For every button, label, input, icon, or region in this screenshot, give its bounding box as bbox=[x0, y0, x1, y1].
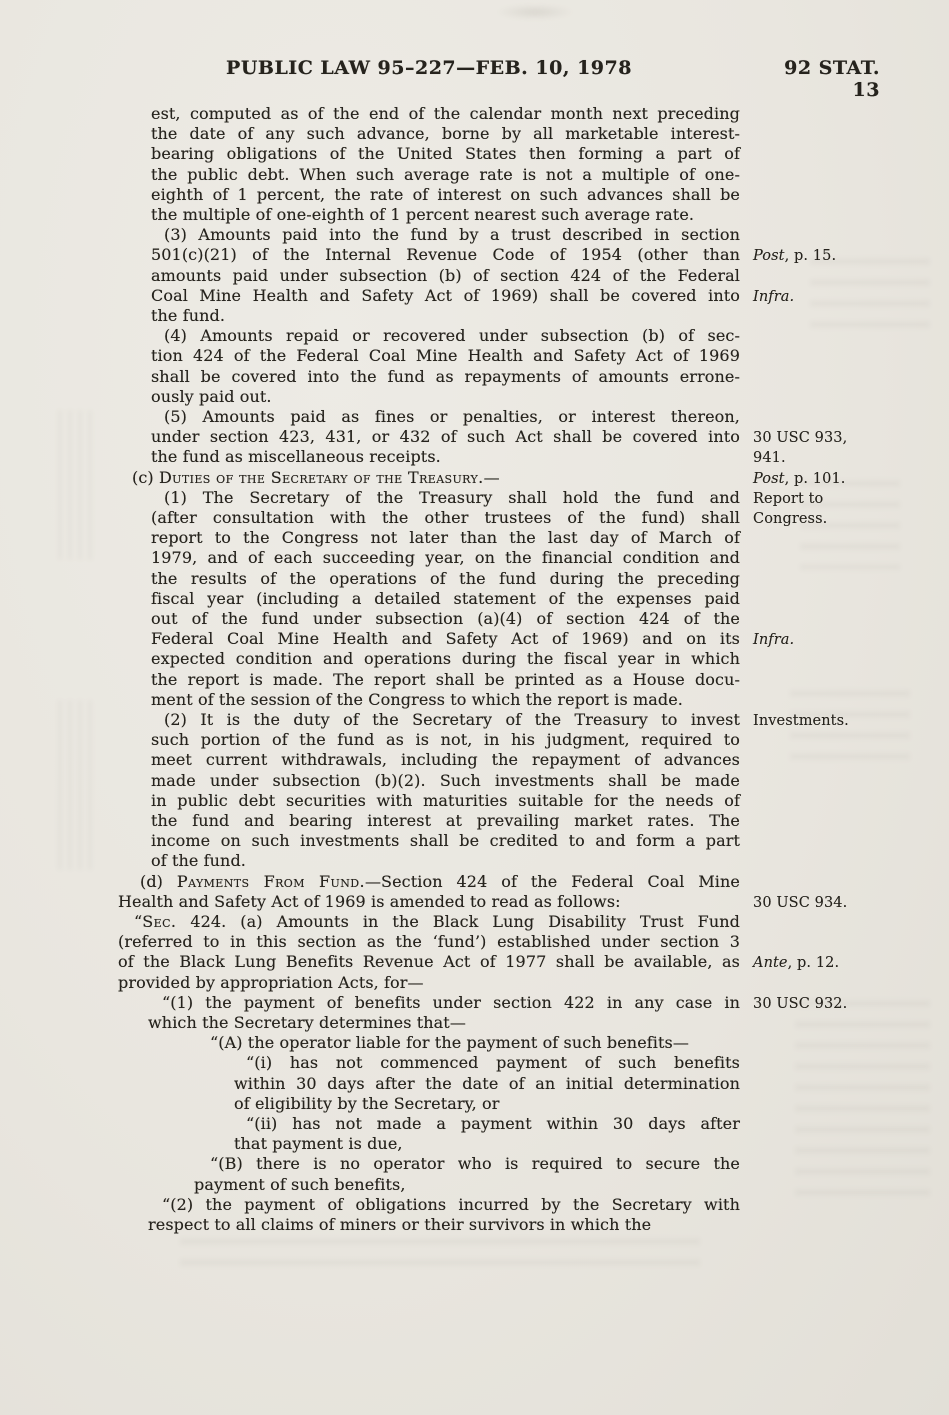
statute-text-column: est, computed as of the end of the calen… bbox=[118, 104, 930, 1244]
text-line: (d) Payments From Fund.—Section 424 of t… bbox=[118, 872, 740, 893]
text-line-content: (after consultation with the other trust… bbox=[151, 508, 740, 528]
text-line: Health and Safety Act of 1969 is amended… bbox=[118, 892, 740, 913]
italic-text: Ante bbox=[753, 955, 788, 971]
margin-note: 30 USC 932. bbox=[753, 994, 925, 1014]
text-segment: the fund as miscellaneous receipts. bbox=[151, 447, 441, 466]
text-segment: — bbox=[484, 468, 500, 487]
text-line: payment of such benefits, bbox=[118, 1175, 740, 1196]
text-line-content: bearing obligations of the United States… bbox=[151, 144, 740, 164]
margin-note: Report to bbox=[753, 489, 925, 509]
text-line-content: amounts paid under subsection (b) of sec… bbox=[151, 266, 740, 286]
text-line: that payment is due, bbox=[118, 1134, 740, 1155]
page-header-stat-number: 92 STAT. 13 bbox=[750, 57, 880, 101]
text-segment: of eligibility by the Secretary, or bbox=[234, 1094, 500, 1113]
text-line-content: Federal Coal Mine Health and Safety Act … bbox=[151, 629, 740, 649]
text-line-content: the report is made. The report shall be … bbox=[151, 670, 740, 690]
text-line-content: ment of the session of the Congress to w… bbox=[151, 690, 740, 710]
text-line: provided by appropriation Acts, for— bbox=[118, 973, 740, 994]
text-segment: “(ii) has not made a payment within 30 d… bbox=[246, 1114, 740, 1133]
text-line: the multiple of one-eighth of 1 percent … bbox=[118, 205, 740, 226]
text-segment: est, computed as of the end of the calen… bbox=[151, 104, 740, 123]
margin-note: 941. bbox=[753, 448, 925, 468]
text-line: in public debt securities with maturitie… bbox=[118, 791, 740, 812]
text-line: “(2) the payment of obligations incurred… bbox=[118, 1195, 740, 1216]
italic-text: Post bbox=[753, 248, 785, 264]
text-segment: , p. 101. bbox=[785, 471, 846, 487]
text-line-content: “(2) the payment of obligations incurred… bbox=[162, 1195, 740, 1215]
small-caps-text: Duties of the Secretary of the Treasury. bbox=[159, 468, 484, 487]
small-caps-text: Sec. bbox=[142, 912, 176, 931]
text-line: (referred to in this section as the ‘fun… bbox=[118, 932, 740, 953]
text-line-content: payment of such benefits, bbox=[194, 1175, 740, 1195]
text-segment: respect to all claims of miners or their… bbox=[148, 1215, 651, 1234]
text-line: such portion of the fund as is not, in h… bbox=[118, 730, 740, 751]
text-segment: income on such investments shall be cred… bbox=[151, 831, 740, 850]
text-line-content: (2) It is the duty of the Secretary of t… bbox=[164, 710, 740, 730]
text-line-content: (5) Amounts paid as fines or penalties, … bbox=[164, 407, 740, 427]
text-segment: “(2) the payment of obligations incurred… bbox=[162, 1195, 740, 1214]
text-segment: “(B) there is no operator who is require… bbox=[210, 1154, 740, 1173]
text-segment: “(A) the operator liable for the payment… bbox=[210, 1033, 689, 1052]
text-line-content: “(1) the payment of benefits under secti… bbox=[162, 993, 740, 1013]
text-line: under section 423, 431, or 432 of such A… bbox=[118, 427, 740, 448]
text-segment: , p. 15. bbox=[785, 248, 837, 264]
text-line: report to the Congress not later than th… bbox=[118, 528, 740, 549]
text-segment: 941. bbox=[753, 450, 786, 466]
text-segment: Federal Coal Mine Health and Safety Act … bbox=[151, 629, 740, 648]
text-line-content: made under subsection (b)(2). Such inves… bbox=[151, 771, 740, 791]
text-line-content: fiscal year (including a detailed statem… bbox=[151, 589, 740, 609]
margin-note: Infra. bbox=[753, 630, 925, 650]
text-segment: (2) It is the duty of the Secretary of t… bbox=[164, 710, 740, 729]
text-line-content: income on such investments shall be cred… bbox=[151, 831, 740, 851]
text-line: of the fund. bbox=[118, 851, 740, 872]
text-line: (3) Amounts paid into the fund by a trus… bbox=[118, 225, 740, 246]
margin-note: Congress. bbox=[753, 509, 925, 529]
text-line: 1979, and of each succeeding year, on th… bbox=[118, 548, 740, 569]
text-segment: (after consultation with the other trust… bbox=[151, 508, 740, 527]
text-line: fiscal year (including a detailed statem… bbox=[118, 589, 740, 610]
text-segment: 30 USC 932. bbox=[753, 996, 847, 1012]
text-line-content: under section 423, 431, or 432 of such A… bbox=[151, 427, 740, 447]
text-segment: of the fund. bbox=[151, 851, 246, 870]
text-line-content: shall be covered into the fund as repaym… bbox=[151, 367, 740, 387]
text-line: made under subsection (b)(2). Such inves… bbox=[118, 771, 740, 792]
text-line: (c) Duties of the Secretary of the Treas… bbox=[118, 468, 740, 489]
text-segment: in public debt securities with maturitie… bbox=[151, 791, 740, 810]
text-segment: shall be covered into the fund as repaym… bbox=[151, 367, 740, 386]
text-segment: such portion of the fund as is not, in h… bbox=[151, 730, 740, 749]
text-line: (2) It is the duty of the Secretary of t… bbox=[118, 710, 740, 731]
text-line-content: meet current withdrawals, including the … bbox=[151, 750, 740, 770]
text-segment: provided by appropriation Acts, for— bbox=[118, 973, 424, 992]
text-line-content: the fund. bbox=[151, 306, 740, 326]
text-segment: the public debt. When such average rate … bbox=[151, 165, 740, 184]
text-segment: “(i) has not commenced payment of such b… bbox=[246, 1053, 740, 1072]
text-line: the results of the operations of the fun… bbox=[118, 569, 740, 590]
text-line: eighth of 1 percent, the rate of interes… bbox=[118, 185, 740, 206]
text-line-content: the fund and bearing interest at prevail… bbox=[151, 811, 740, 831]
text-line: “(ii) has not made a payment within 30 d… bbox=[118, 1114, 740, 1135]
text-line: est, computed as of the end of the calen… bbox=[118, 104, 740, 125]
text-segment: the fund. bbox=[151, 306, 225, 325]
text-line: ously paid out. bbox=[118, 387, 740, 408]
text-line: amounts paid under subsection (b) of sec… bbox=[118, 266, 740, 287]
text-segment: that payment is due, bbox=[234, 1134, 403, 1153]
text-line: “(1) the payment of benefits under secti… bbox=[118, 993, 740, 1014]
text-segment: Coal Mine Health and Safety Act of 1969)… bbox=[151, 286, 740, 305]
text-segment: , p. 12. bbox=[788, 955, 840, 971]
text-segment: eighth of 1 percent, the rate of interes… bbox=[151, 185, 740, 204]
text-line-content: eighth of 1 percent, the rate of interes… bbox=[151, 185, 740, 205]
text-segment: (1) The Secretary of the Treasury shall … bbox=[164, 488, 740, 507]
text-line-content: (3) Amounts paid into the fund by a trus… bbox=[164, 225, 740, 245]
text-segment: payment of such benefits, bbox=[194, 1175, 406, 1194]
text-segment: the fund and bearing interest at prevail… bbox=[151, 811, 740, 830]
text-line-content: (c) Duties of the Secretary of the Treas… bbox=[132, 468, 740, 488]
text-line: of eligibility by the Secretary, or bbox=[118, 1094, 740, 1115]
text-line: respect to all claims of miners or their… bbox=[118, 1215, 740, 1236]
text-line: the fund. bbox=[118, 306, 740, 327]
text-segment: the date of any such advance, borne by a… bbox=[151, 124, 740, 143]
text-line: the fund and bearing interest at prevail… bbox=[118, 811, 740, 832]
text-line: meet current withdrawals, including the … bbox=[118, 750, 740, 771]
bleed-through-artifact bbox=[58, 410, 92, 560]
text-line: of the Black Lung Benefits Revenue Act o… bbox=[118, 952, 740, 973]
text-line-content: tion 424 of the Federal Coal Mine Health… bbox=[151, 346, 740, 366]
margin-note: Investments. bbox=[753, 711, 925, 731]
text-line-content: expected condition and operations during… bbox=[151, 649, 740, 669]
text-line-content: “Sec. 424. (a) Amounts in the Black Lung… bbox=[134, 912, 740, 932]
text-line-content: 501(c)(21) of the Internal Revenue Code … bbox=[151, 245, 740, 265]
text-line: “Sec. 424. (a) Amounts in the Black Lung… bbox=[118, 912, 740, 933]
text-line-content: respect to all claims of miners or their… bbox=[148, 1215, 740, 1235]
text-segment: 30 USC 934. bbox=[753, 895, 847, 911]
text-segment: fiscal year (including a detailed statem… bbox=[151, 589, 740, 608]
text-segment: (3) Amounts paid into the fund by a trus… bbox=[164, 225, 740, 244]
text-line: within 30 days after the date of an init… bbox=[118, 1074, 740, 1095]
text-segment: tion 424 of the Federal Coal Mine Health… bbox=[151, 346, 740, 365]
text-line-content: (4) Amounts repaid or recovered under su… bbox=[164, 326, 740, 346]
text-segment: report to the Congress not later than th… bbox=[151, 528, 740, 547]
margin-note: 30 USC 934. bbox=[753, 893, 925, 913]
text-line: (5) Amounts paid as fines or penalties, … bbox=[118, 407, 740, 428]
text-line: Coal Mine Health and Safety Act of 1969)… bbox=[118, 286, 740, 307]
text-line-content: report to the Congress not later than th… bbox=[151, 528, 740, 548]
text-segment: the report is made. The report shall be … bbox=[151, 670, 740, 689]
text-segment: out of the fund under subsection (a)(4) … bbox=[151, 609, 740, 628]
text-line-content: provided by appropriation Acts, for— bbox=[118, 973, 740, 993]
text-line: Federal Coal Mine Health and Safety Act … bbox=[118, 629, 740, 650]
margin-note: Ante, p. 12. bbox=[753, 953, 925, 973]
text-segment: Health and Safety Act of 1969 is amended… bbox=[118, 892, 621, 911]
text-segment: meet current withdrawals, including the … bbox=[151, 750, 740, 769]
text-segment: made under subsection (b)(2). Such inves… bbox=[151, 771, 740, 790]
text-line-content: within 30 days after the date of an init… bbox=[234, 1074, 740, 1094]
text-segment: ment of the session of the Congress to w… bbox=[151, 690, 683, 709]
text-line: expected condition and operations during… bbox=[118, 649, 740, 670]
text-line-content: est, computed as of the end of the calen… bbox=[151, 104, 740, 124]
text-line-content: such portion of the fund as is not, in h… bbox=[151, 730, 740, 750]
text-line-content: (d) Payments From Fund.—Section 424 of t… bbox=[140, 872, 740, 892]
text-line-content: of the fund. bbox=[151, 851, 740, 871]
text-line-content: in public debt securities with maturitie… bbox=[151, 791, 740, 811]
text-segment: (d) bbox=[140, 872, 177, 891]
text-line-content: Coal Mine Health and Safety Act of 1969)… bbox=[151, 286, 740, 306]
text-line: the date of any such advance, borne by a… bbox=[118, 124, 740, 145]
text-segment: 501(c)(21) of the Internal Revenue Code … bbox=[151, 245, 740, 264]
text-segment: expected condition and operations during… bbox=[151, 649, 740, 668]
text-line: (4) Amounts repaid or recovered under su… bbox=[118, 326, 740, 347]
text-line: shall be covered into the fund as repaym… bbox=[118, 367, 740, 388]
text-line-content: of the Black Lung Benefits Revenue Act o… bbox=[118, 952, 740, 972]
text-segment: (4) Amounts repaid or recovered under su… bbox=[164, 326, 740, 345]
text-segment: “(1) the payment of benefits under secti… bbox=[162, 993, 740, 1012]
text-line-content: the public debt. When such average rate … bbox=[151, 165, 740, 185]
text-line: which the Secretary determines that— bbox=[118, 1013, 740, 1034]
italic-text: Infra. bbox=[753, 289, 794, 305]
scan-smudge bbox=[495, 4, 575, 20]
page-header-title: PUBLIC LAW 95–227—FEB. 10, 1978 bbox=[118, 57, 740, 79]
text-line: (1) The Secretary of the Treasury shall … bbox=[118, 488, 740, 509]
text-line-content: out of the fund under subsection (a)(4) … bbox=[151, 609, 740, 629]
text-segment: ously paid out. bbox=[151, 387, 272, 406]
text-line: bearing obligations of the United States… bbox=[118, 144, 740, 165]
text-line: tion 424 of the Federal Coal Mine Health… bbox=[118, 346, 740, 367]
text-line: income on such investments shall be cred… bbox=[118, 831, 740, 852]
text-line-content: the multiple of one-eighth of 1 percent … bbox=[151, 205, 740, 225]
text-line-content: the date of any such advance, borne by a… bbox=[151, 124, 740, 144]
text-segment: bearing obligations of the United States… bbox=[151, 144, 740, 163]
text-segment: within 30 days after the date of an init… bbox=[234, 1074, 740, 1093]
text-line: the public debt. When such average rate … bbox=[118, 165, 740, 186]
text-segment: —Section 424 of the Federal Coal Mine bbox=[365, 872, 740, 891]
small-caps-text: Payments From Fund. bbox=[177, 872, 365, 891]
text-line-content: the results of the operations of the fun… bbox=[151, 569, 740, 589]
margin-note: Infra. bbox=[753, 287, 925, 307]
text-line: the report is made. The report shall be … bbox=[118, 670, 740, 691]
text-segment: (5) Amounts paid as fines or penalties, … bbox=[164, 407, 740, 426]
text-line: “(i) has not commenced payment of such b… bbox=[118, 1053, 740, 1074]
text-line-content: Health and Safety Act of 1969 is amended… bbox=[118, 892, 740, 912]
text-segment: which the Secretary determines that— bbox=[148, 1013, 466, 1032]
text-line: “(B) there is no operator who is require… bbox=[118, 1154, 740, 1175]
text-line: “(A) the operator liable for the payment… bbox=[118, 1033, 740, 1054]
text-segment: (referred to in this section as the ‘fun… bbox=[118, 932, 740, 951]
text-segment: (c) bbox=[132, 468, 159, 487]
italic-text: Infra. bbox=[753, 632, 794, 648]
text-segment: Investments. bbox=[753, 713, 849, 729]
text-line-content: ously paid out. bbox=[151, 387, 740, 407]
text-line: out of the fund under subsection (a)(4) … bbox=[118, 609, 740, 630]
text-line-content: of eligibility by the Secretary, or bbox=[234, 1094, 740, 1114]
text-segment: 424. (a) Amounts in the Black Lung Disab… bbox=[176, 912, 740, 931]
text-line-content: 1979, and of each succeeding year, on th… bbox=[151, 548, 740, 568]
text-segment: 30 USC 933, bbox=[753, 430, 847, 446]
text-line: ment of the session of the Congress to w… bbox=[118, 690, 740, 711]
text-segment: under section 423, 431, or 432 of such A… bbox=[151, 427, 740, 446]
bleed-through-artifact bbox=[58, 700, 92, 870]
text-line: the fund as miscellaneous receipts. bbox=[118, 447, 740, 468]
statute-page: PUBLIC LAW 95–227—FEB. 10, 1978 92 STAT.… bbox=[0, 0, 949, 1415]
text-segment: Report to bbox=[753, 491, 823, 507]
text-line-content: (referred to in this section as the ‘fun… bbox=[118, 932, 740, 952]
text-line-content: (1) The Secretary of the Treasury shall … bbox=[164, 488, 740, 508]
text-segment: Congress. bbox=[753, 511, 827, 527]
text-segment: of the Black Lung Benefits Revenue Act o… bbox=[118, 952, 740, 971]
text-segment: the results of the operations of the fun… bbox=[151, 569, 740, 588]
margin-note: Post, p. 15. bbox=[753, 246, 925, 266]
text-line-content: “(ii) has not made a payment within 30 d… bbox=[246, 1114, 740, 1134]
text-line-content: which the Secretary determines that— bbox=[148, 1013, 740, 1033]
text-line-content: “(B) there is no operator who is require… bbox=[210, 1154, 740, 1174]
margin-note: Post, p. 101. bbox=[753, 469, 925, 489]
text-line: 501(c)(21) of the Internal Revenue Code … bbox=[118, 245, 740, 266]
text-line-content: that payment is due, bbox=[234, 1134, 740, 1154]
text-line-content: “(i) has not commenced payment of such b… bbox=[246, 1053, 740, 1073]
italic-text: Post bbox=[753, 471, 785, 487]
margin-note: 30 USC 933, bbox=[753, 428, 925, 448]
text-segment: the multiple of one-eighth of 1 percent … bbox=[151, 205, 694, 224]
text-line-content: the fund as miscellaneous receipts. bbox=[151, 447, 740, 467]
text-line: (after consultation with the other trust… bbox=[118, 508, 740, 529]
text-segment: 1979, and of each succeeding year, on th… bbox=[151, 548, 740, 567]
text-line-content: “(A) the operator liable for the payment… bbox=[210, 1033, 740, 1053]
text-segment: amounts paid under subsection (b) of sec… bbox=[151, 266, 740, 285]
